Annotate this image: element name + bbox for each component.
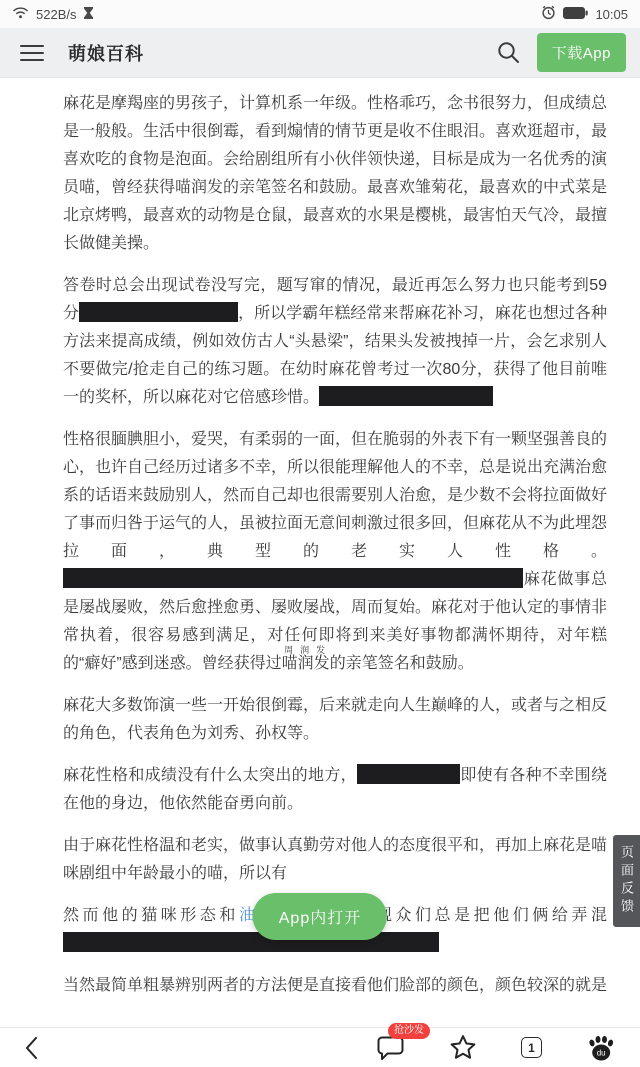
ruby-base-text: 喵润发 (282, 655, 330, 672)
spoiler-redaction[interactable] (319, 386, 493, 406)
paragraph: 麻花大多数饰演一些一开始很倒霉，后来就走向人生巅峰的人，或者与之相反的角色，代表… (63, 692, 607, 748)
spoiler-redaction[interactable] (357, 764, 460, 784)
clock-time: 10:05 (595, 7, 628, 22)
ruby-annotation: 喵润发周润发 (282, 655, 330, 672)
paragraph: 当然最简单粗暴辨别两者的方法便是直接看他们脸部的颜色，颜色较深的就是 (63, 972, 607, 1000)
alarm-icon (541, 5, 556, 23)
paragraph: 性格很腼腆胆小，爱哭，有柔弱的一面，但在脆弱的外表下有一颗坚强善良的心，也许自己… (63, 426, 607, 678)
app-bar: 萌娘百科 下载App (0, 28, 640, 78)
site-title: 萌娘百科 (68, 40, 144, 66)
menu-icon[interactable] (20, 45, 44, 61)
paragraph-text: 的亲笔签名和鼓励。 (330, 655, 474, 672)
network-speed: 522B/s (36, 7, 76, 22)
toolbar-icons: 抢沙发 1 du (376, 1034, 616, 1062)
paragraph-text: 性格很腼腆胆小，爱哭，有柔弱的一面，但在脆弱的外表下有一颗坚强善良的心，也许自己… (63, 431, 607, 560)
paragraph-text: 由于麻花性格温和老实，做事认真勤劳对他人的态度很平和，再加上麻花是喵咪剧组中年龄… (63, 837, 607, 882)
status-bar: 522B/s 10:05 (0, 0, 640, 28)
paw-label: du (597, 1048, 606, 1057)
spoiler-redaction[interactable] (421, 568, 523, 588)
spoiler-redaction[interactable] (79, 302, 238, 322)
window-count: 1 (528, 1041, 535, 1055)
screen: 522B/s 10:05 (0, 0, 640, 1067)
wifi-icon (12, 6, 29, 22)
ruby-top-text: 周润发 (282, 645, 330, 655)
back-button[interactable] (22, 1035, 40, 1061)
paw-icon: du (586, 1034, 616, 1062)
paragraph: 答卷时总会出现试卷没写完，题写窜的情况，最近再怎么努力也只能考到59分，所以学霸… (63, 272, 607, 412)
paragraph: 麻花是摩羯座的男孩子，计算机系一年级。性格乖巧，念书很努力，但成绩总是一般般。生… (63, 90, 607, 258)
paragraph-text: 当然最简单粗暴辨别两者的方法便是直接看他们脸部的颜色，颜色较深的就是 (63, 977, 607, 994)
paragraph-text: 麻花性格和成绩没有什么太突出的地方， (63, 767, 357, 784)
paragraph: 麻花性格和成绩没有什么太突出的地方，即使有各种不幸围绕在他的身边，他依然能奋勇向… (63, 762, 607, 818)
page-feedback-tab[interactable]: 页面反馈 (613, 835, 640, 927)
paragraph-text: 麻花大多数饰演一些一开始很倒霉，后来就走向人生巅峰的人，或者与之相反的角色，代表… (63, 697, 607, 742)
paragraph-text: 麻花是摩羯座的男孩子，计算机系一年级。性格乖巧，念书很努力，但成绩总是一般般。生… (63, 95, 607, 252)
window-count-icon: 1 (521, 1037, 542, 1058)
download-app-button[interactable]: 下载App (537, 33, 626, 72)
favorite-button[interactable] (449, 1034, 477, 1061)
first-comment-badge[interactable]: 抢沙发 (388, 1023, 430, 1039)
comments-button[interactable]: 抢沙发 (376, 1034, 405, 1061)
star-icon (449, 1034, 477, 1061)
status-bar-left: 522B/s (12, 6, 94, 23)
open-in-app-button[interactable]: App内打开 (253, 893, 387, 940)
bottom-toolbar: 抢沙发 1 du (0, 1027, 640, 1067)
battery-icon (563, 7, 588, 22)
paragraph-text: 然而他的猫咪形态和 (63, 907, 239, 924)
spoiler-redaction[interactable] (63, 932, 164, 952)
hourglass-icon (83, 6, 94, 23)
spoiler-redaction[interactable] (63, 568, 421, 588)
status-bar-right: 10:05 (541, 5, 628, 23)
paragraph: 由于麻花性格温和老实，做事认真勤劳对他人的态度很平和，再加上麻花是喵咪剧组中年龄… (63, 832, 607, 888)
search-icon[interactable] (496, 40, 521, 65)
home-button[interactable]: du (586, 1034, 616, 1062)
windows-button[interactable]: 1 (521, 1037, 542, 1058)
